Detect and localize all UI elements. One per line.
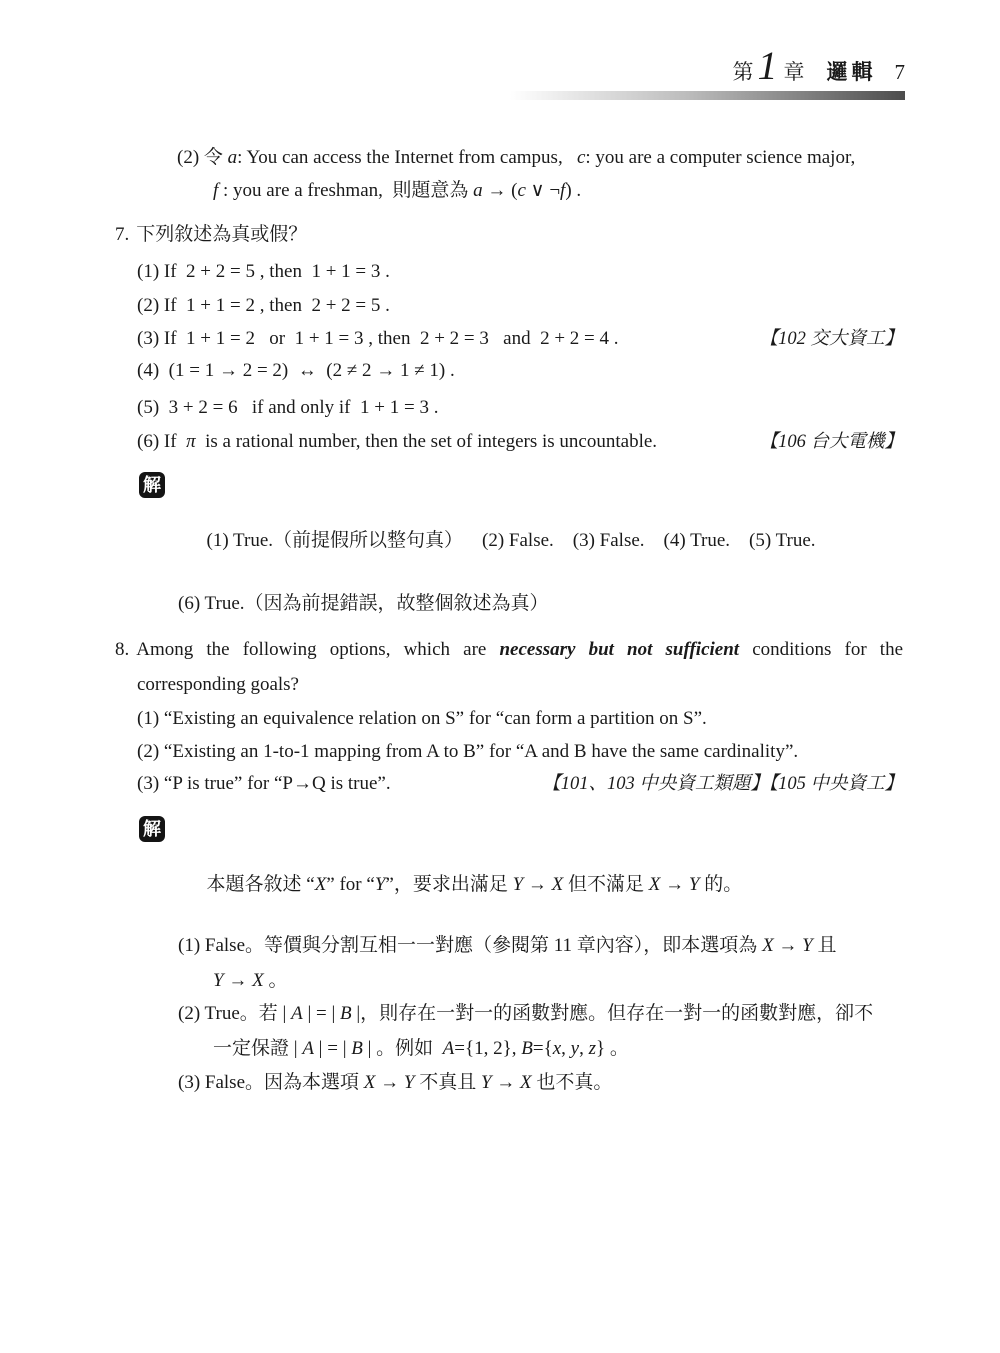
prev-solution-item-2-line-1: (2) 令 a: You can access the Internet fro…: [115, 144, 903, 172]
prev-solution-item-2-line-2: f : you are a freshman, 則題意為 a → (c ∨ ¬f…: [115, 177, 903, 205]
solution-icon: 解: [139, 472, 165, 498]
question-7-item-5: (5) 3 + 2 = 6 if and only if 1 + 1 = 3 .: [115, 394, 903, 422]
question-8-number: 8.: [115, 639, 129, 660]
question-8-stem: 8.Among the following options, which are…: [115, 636, 903, 664]
solution-8: 解 本題各敘述 “X” for “Y”，要求出滿足 Y → X 但不滿足 X →…: [115, 815, 903, 927]
chapter-suffix: 章: [784, 56, 805, 86]
solution-7-answers-line-2: (6) True.（因為前提錯誤，故整個敘述為真）: [115, 590, 903, 618]
header-gradient-bar: [510, 91, 905, 100]
page-content: (2) 令 a: You can access the Internet fro…: [0, 144, 1000, 1097]
page-header: 第 1 章 邏輯 7: [0, 0, 1000, 86]
question-8-item-3-text: (3) “P is true” for “P→Q is true”.: [137, 770, 391, 798]
question-7-item-6-text: (6) If π is a rational number, then the …: [137, 428, 657, 456]
question-8-item-1: (1) “Existing an equivalence relation on…: [115, 705, 903, 733]
solution-7: 解 (1) True.（前提假所以整句真） (2) False. (3) Fal…: [115, 471, 903, 583]
question-8-stem-line-2: corresponding goals?: [115, 671, 903, 699]
exam-source-tag: 【106 台大電機】: [760, 428, 903, 456]
solution-8-item-2-line-1: (2) True。若 | A | = | B |，則存在一對一的函數對應。但存在…: [115, 1000, 903, 1028]
question-7-item-6: (6) If π is a rational number, then the …: [115, 428, 903, 456]
solution-8-item-3: (3) False。因為本選項 X → Y 不真且 Y → X 也不真。: [115, 1069, 903, 1097]
solution-8-item-1-line-2: Y → X 。: [115, 967, 903, 995]
question-8-item-3: (3) “P is true” for “P→Q is true”. 【101、…: [115, 770, 903, 798]
page-number: 7: [895, 60, 906, 85]
solution-icon: 解: [139, 816, 165, 842]
question-7-item-2: (2) If 1 + 1 = 2 , then 2 + 2 = 5 .: [115, 292, 903, 320]
exam-source-tag: 【101、103 中央資工類題】【105 中央資工】: [542, 770, 903, 798]
question-7-item-4: (4) (1 = 1 → 2 = 2) ↔ (2 ≠ 2 → 1 ≠ 1) .: [115, 357, 903, 385]
question-7-stem: 7.下列敘述為真或假？: [115, 221, 903, 249]
chapter-title: 邏輯: [827, 56, 877, 86]
question-7-number: 7.: [115, 224, 129, 245]
question-8-stem-text: Among the following options, which are n…: [136, 639, 903, 660]
solution-8-item-2-line-2: 一定保證 | A | = | B | 。例如 A={1, 2}, B={x, y…: [115, 1035, 903, 1063]
solution-8-intro: 本題各敘述 “X” for “Y”，要求出滿足 Y → X 但不滿足 X → Y…: [207, 874, 743, 895]
solution-8-item-1-line-1: (1) False。等價與分割互相一一對應（參閱第 11 章內容），即本選項為 …: [115, 932, 903, 960]
exam-source-tag: 【102 交大資工】: [760, 325, 903, 353]
question-7-stem-text: 下列敘述為真或假？: [136, 224, 307, 245]
solution-7-answers-line-1: (1) True.（前提假所以整句真） (2) False. (3) False…: [207, 530, 816, 551]
question-7-item-3: (3) If 1 + 1 = 2 or 1 + 1 = 3 , then 2 +…: [115, 325, 903, 353]
question-7-item-1: (1) If 2 + 2 = 5 , then 1 + 1 = 3 .: [115, 258, 903, 286]
chapter-prefix: 第: [733, 56, 754, 86]
textbook-page: 第 1 章 邏輯 7 (2) 令 a: You can access the I…: [0, 0, 1000, 1353]
question-8-item-2: (2) “Existing an 1-to-1 mapping from A t…: [115, 738, 903, 766]
chapter-number: 1: [758, 46, 778, 86]
question-7-item-3-text: (3) If 1 + 1 = 2 or 1 + 1 = 3 , then 2 +…: [137, 325, 619, 353]
